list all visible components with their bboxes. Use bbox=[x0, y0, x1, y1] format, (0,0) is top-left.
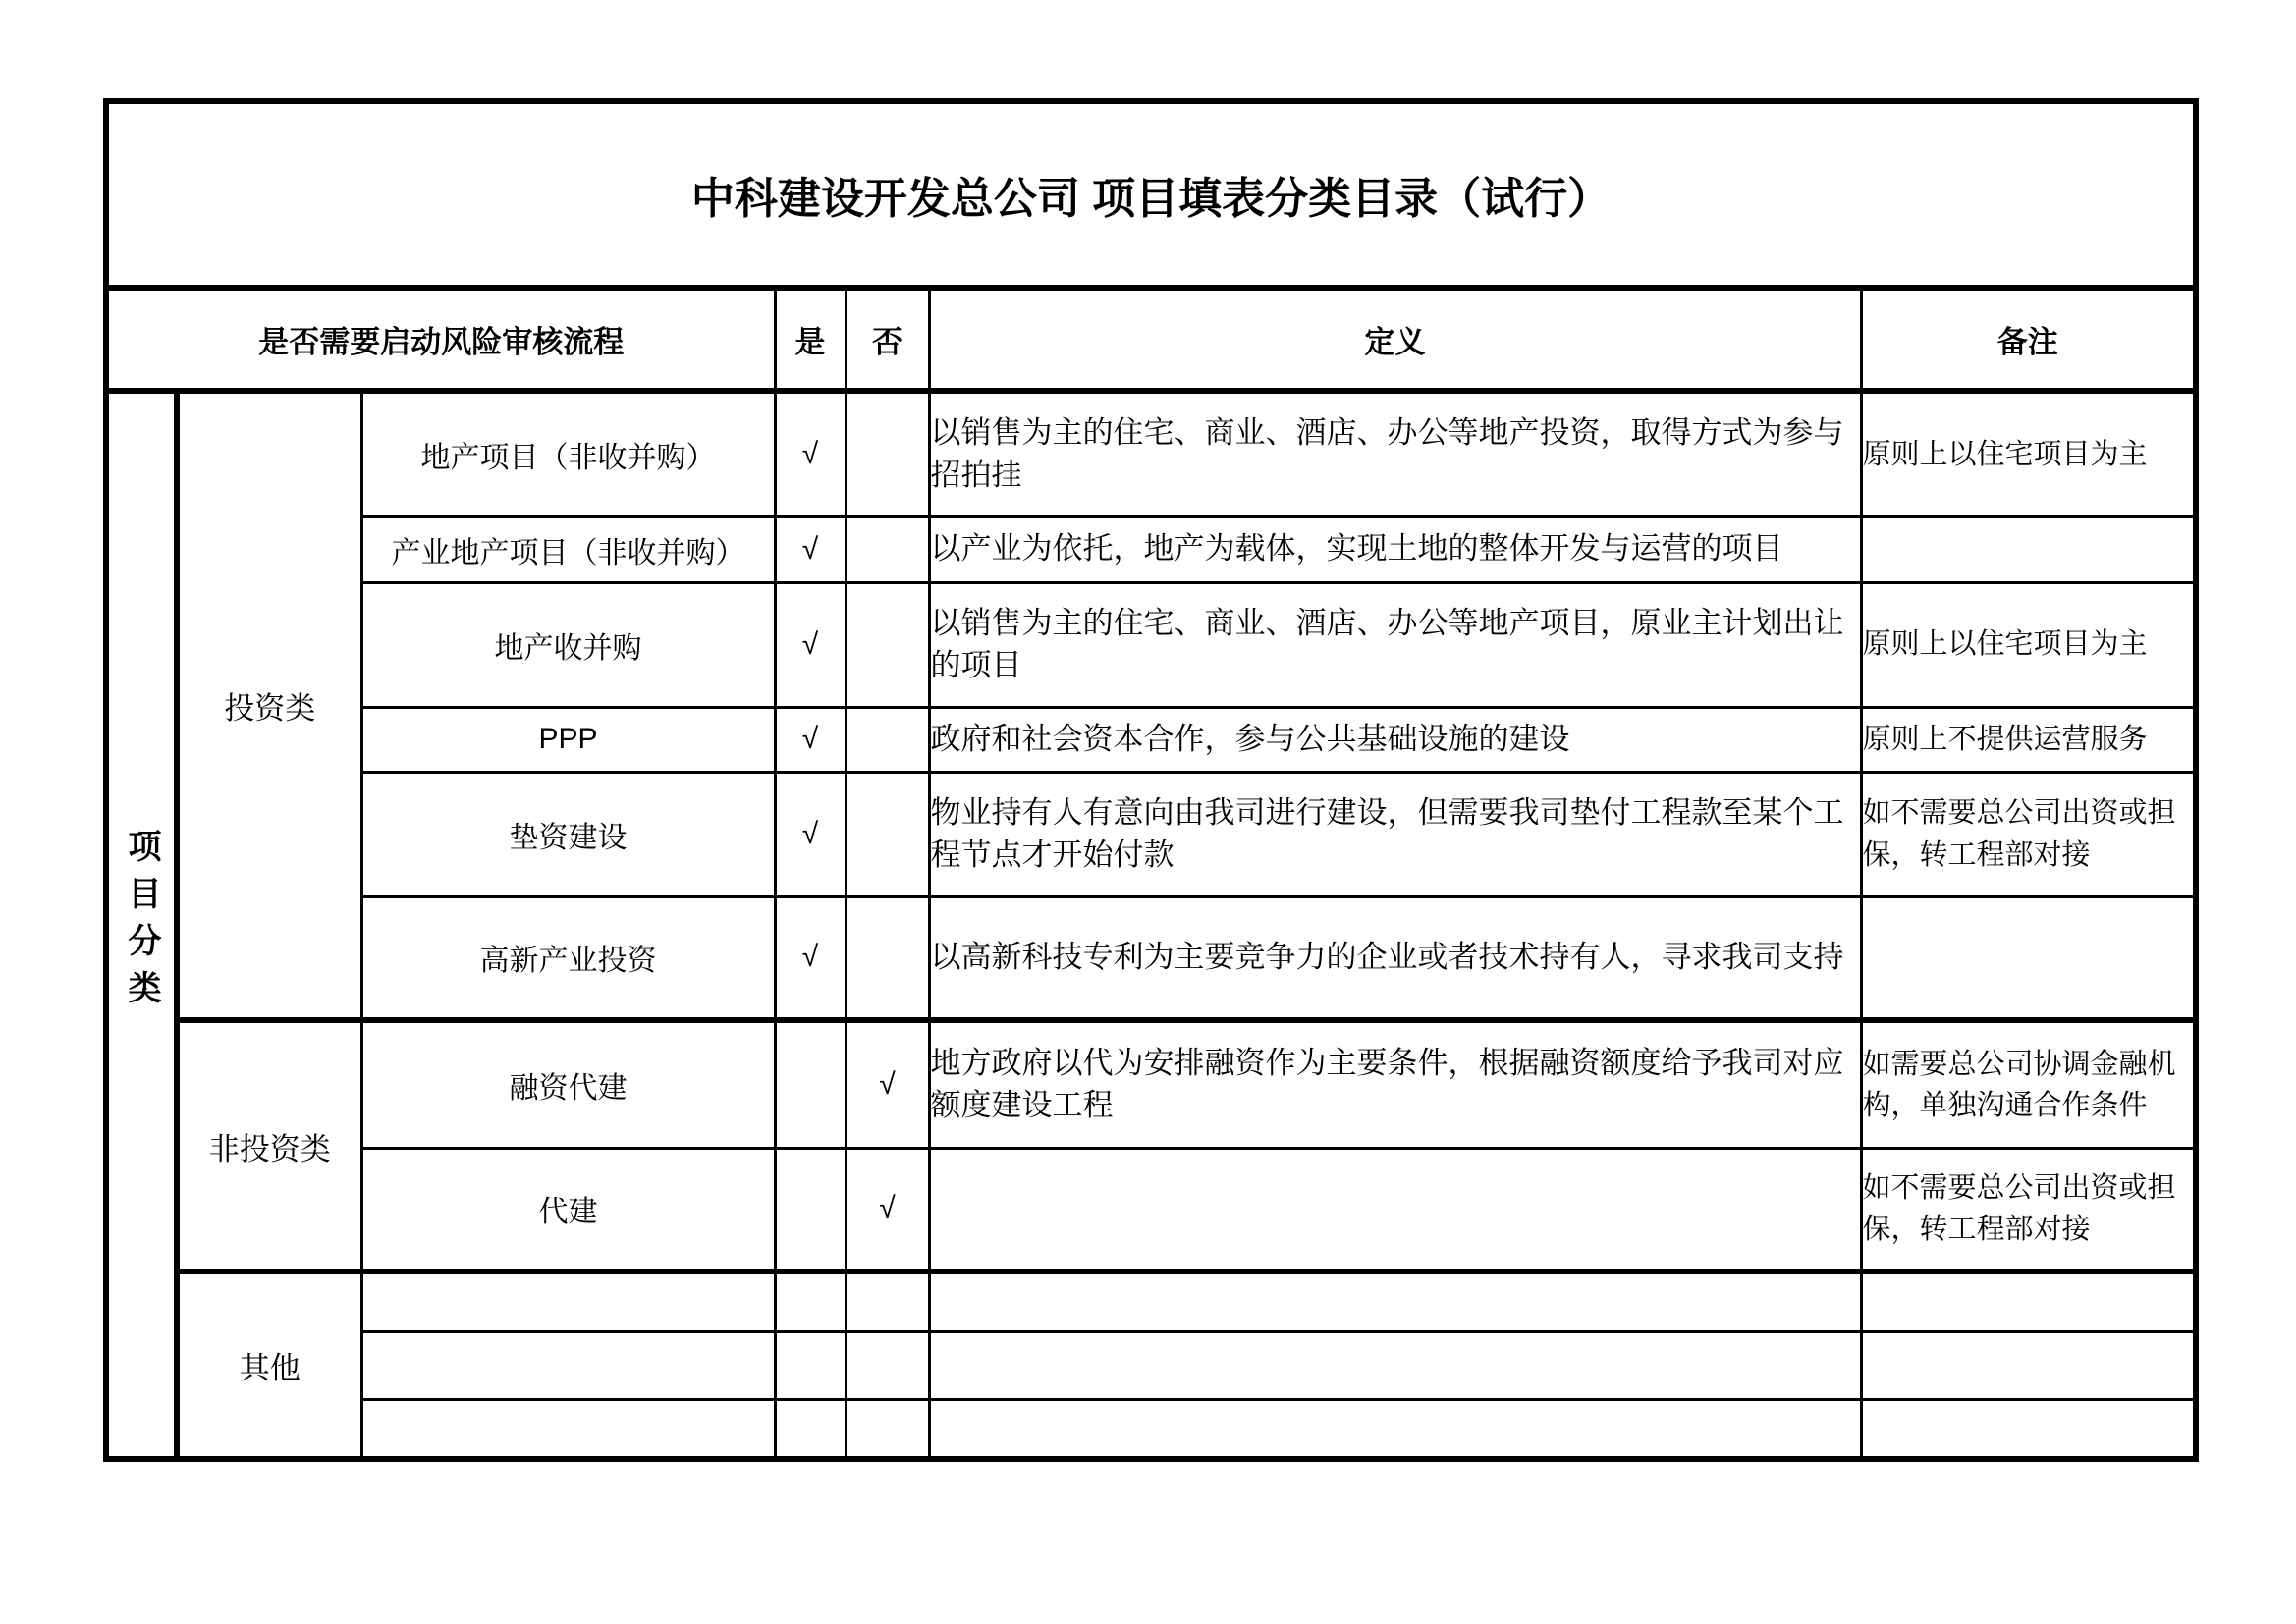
definition-cell bbox=[929, 1331, 1861, 1399]
no-check-cell bbox=[846, 707, 929, 772]
definition-cell bbox=[929, 1272, 1861, 1331]
yes-check-cell bbox=[775, 1272, 846, 1331]
title-row: 中科建设开发总公司 项目填表分类目录（试行） bbox=[106, 101, 2196, 288]
no-check-cell bbox=[846, 391, 929, 516]
table-row: PPP √ 政府和社会资本合作，参与公共基础设施的建设 原则上不提供运营服务 bbox=[106, 707, 2196, 772]
page-title: 中科建设开发总公司 项目填表分类目录（试行） bbox=[106, 101, 2196, 288]
table-row: 垫资建设 √ 物业持有人有意向由我司进行建设，但需要我司垫付工程款至某个工程节点… bbox=[106, 772, 2196, 896]
subcategory-cell: 产业地产项目（非收并购） bbox=[361, 516, 775, 582]
row-group-label-cell: 项目分类 bbox=[106, 391, 177, 1459]
definition-cell bbox=[929, 1148, 1861, 1272]
header-yes: 是 bbox=[775, 288, 846, 391]
no-check-cell bbox=[846, 516, 929, 582]
subcategory-cell: 代建 bbox=[361, 1148, 775, 1272]
document-sheet: 中科建设开发总公司 项目填表分类目录（试行） 是否需要启动风险审核流程 是 否 … bbox=[103, 98, 2199, 1462]
subcategory-cell bbox=[361, 1331, 775, 1399]
subcategory-cell: 垫资建设 bbox=[361, 772, 775, 896]
remark-cell bbox=[1861, 1399, 2196, 1459]
no-check-cell bbox=[846, 1399, 929, 1459]
no-check-cell bbox=[846, 1272, 929, 1331]
subcategory-cell: PPP bbox=[361, 707, 775, 772]
remark-cell bbox=[1861, 516, 2196, 582]
yes-check-cell: √ bbox=[775, 707, 846, 772]
table-row: 产业地产项目（非收并购） √ 以产业为依托，地产为载体，实现土地的整体开发与运营… bbox=[106, 516, 2196, 582]
subcategory-cell: 融资代建 bbox=[361, 1020, 775, 1148]
subcategory-cell: 高新产业投资 bbox=[361, 896, 775, 1020]
remark-cell: 原则上以住宅项目为主 bbox=[1861, 391, 2196, 516]
definition-cell: 以销售为主的住宅、商业、酒店、办公等地产项目，原业主计划出让的项目 bbox=[929, 582, 1861, 707]
header-row: 是否需要启动风险审核流程 是 否 定义 备注 bbox=[106, 288, 2196, 391]
table-row: 地产收并购 √ 以销售为主的住宅、商业、酒店、办公等地产项目，原业主计划出让的项… bbox=[106, 582, 2196, 707]
header-no: 否 bbox=[846, 288, 929, 391]
subcategory-cell bbox=[361, 1272, 775, 1331]
no-check-cell: √ bbox=[846, 1020, 929, 1148]
remark-cell: 原则上以住宅项目为主 bbox=[1861, 582, 2196, 707]
remark-cell bbox=[1861, 1331, 2196, 1399]
table-row bbox=[106, 1331, 2196, 1399]
table-row bbox=[106, 1399, 2196, 1459]
subcategory-cell: 地产项目（非收并购） bbox=[361, 391, 775, 516]
subcategory-cell: 地产收并购 bbox=[361, 582, 775, 707]
yes-check-cell: √ bbox=[775, 391, 846, 516]
yes-check-cell bbox=[775, 1331, 846, 1399]
table-row: 项目分类 投资类 地产项目（非收并购） √ 以销售为主的住宅、商业、酒店、办公等… bbox=[106, 391, 2196, 516]
no-check-cell bbox=[846, 582, 929, 707]
definition-cell: 地方政府以代为安排融资作为主要条件，根据融资额度给予我司对应额度建设工程 bbox=[929, 1020, 1861, 1148]
header-definition: 定义 bbox=[929, 288, 1861, 391]
yes-check-cell: √ bbox=[775, 516, 846, 582]
yes-check-cell bbox=[775, 1148, 846, 1272]
table-row: 高新产业投资 √ 以高新科技专利为主要竞争力的企业或者技术持有人，寻求我司支持 bbox=[106, 896, 2196, 1020]
remark-cell: 如不需要总公司出资或担保，转工程部对接 bbox=[1861, 772, 2196, 896]
yes-check-cell bbox=[775, 1399, 846, 1459]
subcategory-cell bbox=[361, 1399, 775, 1459]
table-row: 其他 bbox=[106, 1272, 2196, 1331]
table-row: 代建 √ 如不需要总公司出资或担保，转工程部对接 bbox=[106, 1148, 2196, 1272]
definition-cell bbox=[929, 1399, 1861, 1459]
yes-check-cell: √ bbox=[775, 582, 846, 707]
definition-cell: 以销售为主的住宅、商业、酒店、办公等地产投资，取得方式为参与招拍挂 bbox=[929, 391, 1861, 516]
row-group-label: 项目分类 bbox=[125, 829, 158, 1017]
yes-check-cell bbox=[775, 1020, 846, 1148]
remark-cell: 如需要总公司协调金融机构，单独沟通合作条件 bbox=[1861, 1020, 2196, 1148]
no-check-cell bbox=[846, 1331, 929, 1399]
remark-cell: 原则上不提供运营服务 bbox=[1861, 707, 2196, 772]
remark-cell bbox=[1861, 1272, 2196, 1331]
header-remark: 备注 bbox=[1861, 288, 2196, 391]
category-cell-non-investment: 非投资类 bbox=[177, 1020, 361, 1272]
yes-check-cell: √ bbox=[775, 772, 846, 896]
definition-cell: 以产业为依托，地产为载体，实现土地的整体开发与运营的项目 bbox=[929, 516, 1861, 582]
definition-cell: 物业持有人有意向由我司进行建设，但需要我司垫付工程款至某个工程节点才开始付款 bbox=[929, 772, 1861, 896]
no-check-cell bbox=[846, 896, 929, 1020]
remark-cell bbox=[1861, 896, 2196, 1020]
remark-cell: 如不需要总公司出资或担保，转工程部对接 bbox=[1861, 1148, 2196, 1272]
yes-check-cell: √ bbox=[775, 896, 846, 1020]
category-cell-investment: 投资类 bbox=[177, 391, 361, 1020]
category-cell-other: 其他 bbox=[177, 1272, 361, 1459]
header-question: 是否需要启动风险审核流程 bbox=[106, 288, 775, 391]
no-check-cell bbox=[846, 772, 929, 896]
no-check-cell: √ bbox=[846, 1148, 929, 1272]
definition-cell: 政府和社会资本合作，参与公共基础设施的建设 bbox=[929, 707, 1861, 772]
definition-cell: 以高新科技专利为主要竞争力的企业或者技术持有人，寻求我司支持 bbox=[929, 896, 1861, 1020]
classification-table: 中科建设开发总公司 项目填表分类目录（试行） 是否需要启动风险审核流程 是 否 … bbox=[103, 98, 2199, 1462]
table-row: 非投资类 融资代建 √ 地方政府以代为安排融资作为主要条件，根据融资额度给予我司… bbox=[106, 1020, 2196, 1148]
